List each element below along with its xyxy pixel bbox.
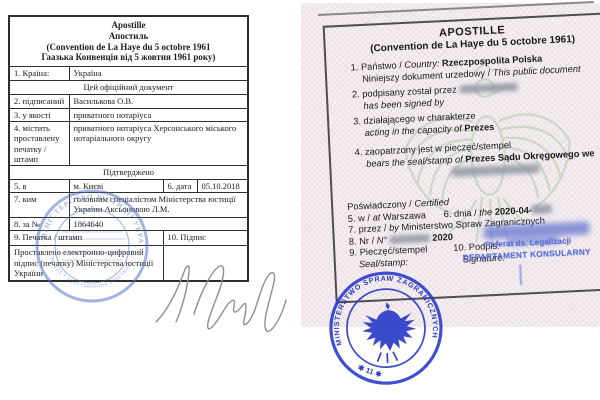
capacity-value: приватного нотаріуса <box>69 108 248 121</box>
country-label-en: Country: <box>404 58 440 70</box>
country-label-pl: 1. Państwo / <box>350 60 404 73</box>
by-value: головним спеціалістом Міністерства юстиц… <box>69 193 248 218</box>
redacted-date-day <box>532 204 552 214</box>
date-label: 6. дата <box>163 179 197 192</box>
header-line-fr: (Convention de La Haye du 5 octobre 1961 <box>12 42 245 53</box>
country-value: Україна <box>69 67 248 81</box>
document-span-row: Цей офіційний документ <box>9 81 248 94</box>
scanned-apostilles: Apostille Апостиль (Convention de La Hay… <box>0 0 600 400</box>
by-label-pl: 7. przez / <box>348 223 389 235</box>
capacity-label: 3. у якості <box>9 108 69 121</box>
stamp-label: 9. Печатка / штамп <box>9 231 163 246</box>
number-label-pl: 8. Nr / <box>349 235 377 246</box>
seal-label: 4. містить проставлену печатку / штамп <box>9 121 69 165</box>
redacted-number <box>390 234 430 244</box>
signature-cell-empty <box>163 246 248 281</box>
signature-label: 10. Підпис <box>163 231 248 246</box>
number-label: 8. за № <box>9 218 69 231</box>
number-year: 2020 <box>429 231 453 242</box>
certificate-frame: APOSTILLE (Convention de La Haye du 5 oc… <box>323 12 600 303</box>
at-value: м. Києві <box>69 179 163 192</box>
seal-value: приватного нотаріуса Херсонського місько… <box>69 121 248 165</box>
at-label: 5. в <box>9 179 69 192</box>
date-label-pl: 6. dnia / <box>443 207 479 219</box>
header-line-convention: Гаазька Конвенція від 5 жовтня 1961 року… <box>12 52 245 63</box>
foreign-ministry-round-stamp-icon: MINISTERSTWO SPRAW ZAGRANICZNYCH ✱ 11 ✱ <box>323 265 449 391</box>
confirmed-span-row: Підтверджено <box>9 166 248 179</box>
redacted-signer-name <box>459 83 517 94</box>
number-value: 1864640 <box>69 218 248 231</box>
sticker-top-edge <box>318 1 594 16</box>
apostille-header: Apostille Апостиль (Convention de La Hay… <box>9 16 248 67</box>
signed-label: 2. підписаний <box>9 94 69 108</box>
signed-value: Василькова О.В. <box>69 94 248 108</box>
capacity-value: Prezes <box>464 121 494 132</box>
date-value: 05.10.2018 <box>197 179 248 192</box>
country-label: 1. Країна: <box>9 67 69 81</box>
by-label-en: by <box>389 222 399 232</box>
item-seal: 4. zaopatrzony jest w pieczęć/stempel be… <box>354 135 600 181</box>
by-label: 7. ким <box>9 193 69 218</box>
header-line-en: Apostille <box>12 20 245 31</box>
date-value: 2020-04- <box>492 205 532 217</box>
certified-label-en: Certified <box>414 197 449 209</box>
stamp-note: Проставлено електронно-цифровий підпис (… <box>9 246 163 281</box>
redacted-court-city <box>451 164 539 177</box>
stamp-eagle-icon <box>361 301 418 364</box>
apostille-table: Apostille Апостиль (Convention de La Hay… <box>8 15 249 282</box>
number-label-en: N° <box>376 235 387 245</box>
header-line-ua: Апостиль <box>12 31 245 42</box>
polish-apostille-document: APOSTILLE (Convention de La Haye du 5 oc… <box>291 0 600 400</box>
at-label-pl: 5. w / <box>348 212 373 223</box>
date-label-en: the <box>479 207 492 218</box>
at-value: Warszawa <box>380 210 426 222</box>
